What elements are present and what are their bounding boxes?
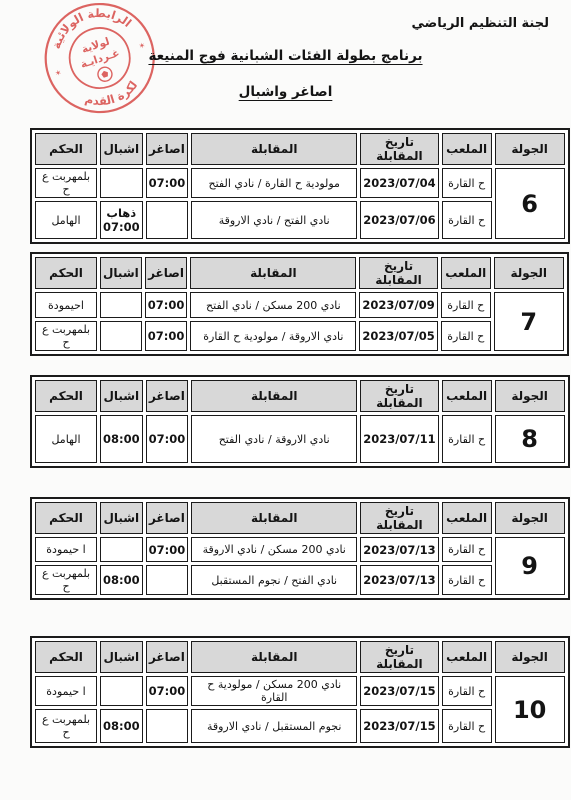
- col-round: الجولة: [494, 257, 564, 289]
- round-number: 7: [494, 292, 564, 351]
- match-cell: نجوم المستقبل / نادي الاروقة: [191, 709, 357, 743]
- header-row: الجولة الملعب تاريخ المقابلة المقابلة اص…: [35, 257, 564, 289]
- table-row: 7 ح القارة 2023/07/09 نادي 200 مسكن / نا…: [35, 292, 564, 318]
- stadium-cell: ح القارة: [442, 537, 492, 562]
- header-row: الجولة الملعب تاريخ المقابلة المقابلة اص…: [35, 502, 565, 534]
- table-row: ح القارة 2023/07/06 نادي الفتح / نادي ال…: [35, 201, 565, 239]
- stadium-cell: ح القارة: [441, 292, 491, 318]
- match-cell: نادي 200 مسكن / نادي الاروقة: [191, 537, 357, 562]
- match-date-cell: 2023/07/04: [360, 168, 438, 198]
- col-referee: الحكم: [35, 380, 97, 412]
- table-row: ح القارة 2023/07/05 نادي الاروقة / مولود…: [35, 321, 564, 351]
- col-referee: الحكم: [35, 641, 97, 673]
- header-row: الجولة الملعب تاريخ المقابلة المقابلة اص…: [35, 641, 565, 673]
- round-number: 10: [495, 676, 565, 743]
- asaghir-time-cell: [146, 565, 189, 595]
- col-asaghir: اصاغر: [146, 133, 189, 165]
- match-date-cell: 2023/07/11: [360, 415, 438, 463]
- col-ashbal: اشبال: [100, 502, 143, 534]
- ashbal-time-cell: [100, 321, 142, 351]
- ashbal-time-cell: 08:00: [100, 565, 143, 595]
- header-row: الجولة الملعب تاريخ المقابلة المقابلة اص…: [35, 380, 565, 412]
- match-date-cell: 2023/07/13: [360, 565, 438, 595]
- col-ashbal: اشبال: [100, 133, 143, 165]
- schedule-table-round-7: الجولة الملعب تاريخ المقابلة المقابلة اص…: [30, 252, 569, 356]
- col-match: المقابلة: [190, 257, 356, 289]
- ashbal-time-cell: 08:00: [100, 415, 143, 463]
- referee-cell: بلمهربت ع ح: [35, 168, 97, 198]
- stadium-cell: ح القارة: [442, 415, 492, 463]
- ashbal-time-cell: [100, 168, 143, 198]
- match-cell: نادي 200 مسكن / مولودية ح القارة: [191, 676, 357, 706]
- match-cell: نادي الفتح / نادي الاروقة: [191, 201, 357, 239]
- col-stadium: الملعب: [442, 502, 492, 534]
- ashbal-time-cell: [100, 292, 142, 318]
- asaghir-time-cell: 07:00: [145, 292, 188, 318]
- match-cell: نادي الاروقة / مولودية ح القارة: [190, 321, 356, 351]
- col-match: المقابلة: [191, 380, 357, 412]
- table-row: 6 ح القارة 2023/07/04 مولودية ح القارة /…: [35, 168, 565, 198]
- match-cell: نادي الفتح / نجوم المستقبل: [191, 565, 357, 595]
- col-match: المقابلة: [191, 133, 357, 165]
- referee-cell: احيمودة: [35, 292, 97, 318]
- scanned-schedule-document: { "page": { "committee": "لجنة التنظيم ا…: [0, 0, 571, 800]
- ashbal-time-cell: [100, 676, 143, 706]
- col-stadium: الملعب: [442, 133, 492, 165]
- asaghir-time-cell: [146, 201, 189, 239]
- match-date-cell: 2023/07/05: [359, 321, 437, 351]
- col-ashbal: اشبال: [100, 380, 143, 412]
- referee-cell: ا حيمودة: [35, 537, 97, 562]
- stadium-cell: ح القارة: [441, 321, 491, 351]
- col-round: الجولة: [495, 641, 565, 673]
- league-stamp: الرابطة الولائية لكرة القدم لولاية غـردا…: [10, 0, 190, 142]
- col-match: المقابلة: [191, 502, 357, 534]
- col-date: تاريخ المقابلة: [359, 257, 437, 289]
- col-ashbal: اشبال: [100, 257, 142, 289]
- col-stadium: الملعب: [442, 641, 492, 673]
- table-row: ح القارة 2023/07/13 نادي الفتح / نجوم ال…: [35, 565, 565, 595]
- schedule-table-round-6: الجولة الملعب تاريخ المقابلة المقابلة اص…: [30, 128, 570, 244]
- schedule-table-round-8: الجولة الملعب تاريخ المقابلة المقابلة اص…: [30, 375, 570, 468]
- col-asaghir: اصاغر: [146, 502, 189, 534]
- ashbal-time-cell: 08:00: [100, 709, 143, 743]
- document-title: برنامج بطولة الفئات الشبانية فوج المنيعة: [0, 48, 571, 64]
- round-number: 8: [495, 415, 565, 463]
- header-row: الجولة الملعب تاريخ المقابلة المقابلة اص…: [35, 133, 565, 165]
- schedule-table-round-9: الجولة الملعب تاريخ المقابلة المقابلة اص…: [30, 497, 570, 600]
- round-number: 6: [495, 168, 565, 239]
- col-referee: الحكم: [35, 502, 97, 534]
- col-referee: الحكم: [35, 133, 97, 165]
- schedule-table-round-10: الجولة الملعب تاريخ المقابلة المقابلة اص…: [30, 636, 570, 748]
- asaghir-time-cell: 07:00: [146, 676, 189, 706]
- stadium-cell: ح القارة: [442, 201, 492, 239]
- match-date-cell: 2023/07/13: [360, 537, 438, 562]
- referee-cell: بلمهربت ع ح: [35, 565, 97, 595]
- col-asaghir: اصاغر: [146, 641, 189, 673]
- ashbal-time-cell: [100, 537, 143, 562]
- match-date-cell: 2023/07/15: [360, 676, 438, 706]
- referee-cell: الهامل: [35, 415, 97, 463]
- col-date: تاريخ المقابلة: [360, 133, 438, 165]
- match-cell: نادي 200 مسكن / نادي الفتح: [190, 292, 356, 318]
- referee-cell: بلمهربت ع ح: [35, 321, 97, 351]
- col-date: تاريخ المقابلة: [360, 641, 438, 673]
- referee-cell: بلمهربت ع ح: [35, 709, 97, 743]
- col-stadium: الملعب: [442, 380, 492, 412]
- committee-heading: لجنة التنظيم الرياضي: [411, 16, 549, 31]
- col-ashbal: اشبال: [100, 641, 143, 673]
- match-date-cell: 2023/07/09: [359, 292, 437, 318]
- star-icon: ✶: [54, 68, 63, 79]
- col-referee: الحكم: [35, 257, 97, 289]
- col-round: الجولة: [495, 133, 565, 165]
- col-round: الجولة: [495, 380, 565, 412]
- col-stadium: الملعب: [441, 257, 491, 289]
- match-date-cell: 2023/07/15: [360, 709, 438, 743]
- asaghir-time-cell: [146, 709, 189, 743]
- asaghir-time-cell: 07:00: [146, 537, 189, 562]
- stadium-cell: ح القارة: [442, 565, 492, 595]
- table-row: 9 ح القارة 2023/07/13 نادي 200 مسكن / نا…: [35, 537, 565, 562]
- match-cell: مولودية ح القارة / نادي الفتح: [191, 168, 357, 198]
- asaghir-time-cell: 07:00: [146, 168, 189, 198]
- col-asaghir: اصاغر: [146, 380, 189, 412]
- referee-cell: ا حيمودة: [35, 676, 97, 706]
- col-round: الجولة: [495, 502, 565, 534]
- stamp-graphic: الرابطة الولائية لكرة القدم لولاية غـردا…: [10, 0, 190, 142]
- ashbal-time-cell: ذهاب 07:00: [100, 201, 143, 239]
- col-date: تاريخ المقابلة: [360, 380, 438, 412]
- stadium-cell: ح القارة: [442, 168, 492, 198]
- asaghir-time-cell: 07:00: [145, 321, 188, 351]
- referee-cell: الهامل: [35, 201, 97, 239]
- match-cell: نادي الاروقة / نادي الفتح: [191, 415, 357, 463]
- match-date-cell: 2023/07/06: [360, 201, 438, 239]
- table-row: ح القارة 2023/07/15 نجوم المستقبل / نادي…: [35, 709, 565, 743]
- col-asaghir: اصاغر: [145, 257, 188, 289]
- document-subtitle: اصاغر واشبال: [0, 84, 571, 100]
- stadium-cell: ح القارة: [442, 709, 492, 743]
- table-row: 8 ح القارة 2023/07/11 نادي الاروقة / ناد…: [35, 415, 565, 463]
- col-match: المقابلة: [191, 641, 357, 673]
- round-number: 9: [495, 537, 565, 595]
- col-date: تاريخ المقابلة: [360, 502, 438, 534]
- soccer-ball-icon: [96, 65, 114, 83]
- asaghir-time-cell: 07:00: [146, 415, 189, 463]
- table-row: 10 ح القارة 2023/07/15 نادي 200 مسكن / م…: [35, 676, 565, 706]
- stadium-cell: ح القارة: [442, 676, 492, 706]
